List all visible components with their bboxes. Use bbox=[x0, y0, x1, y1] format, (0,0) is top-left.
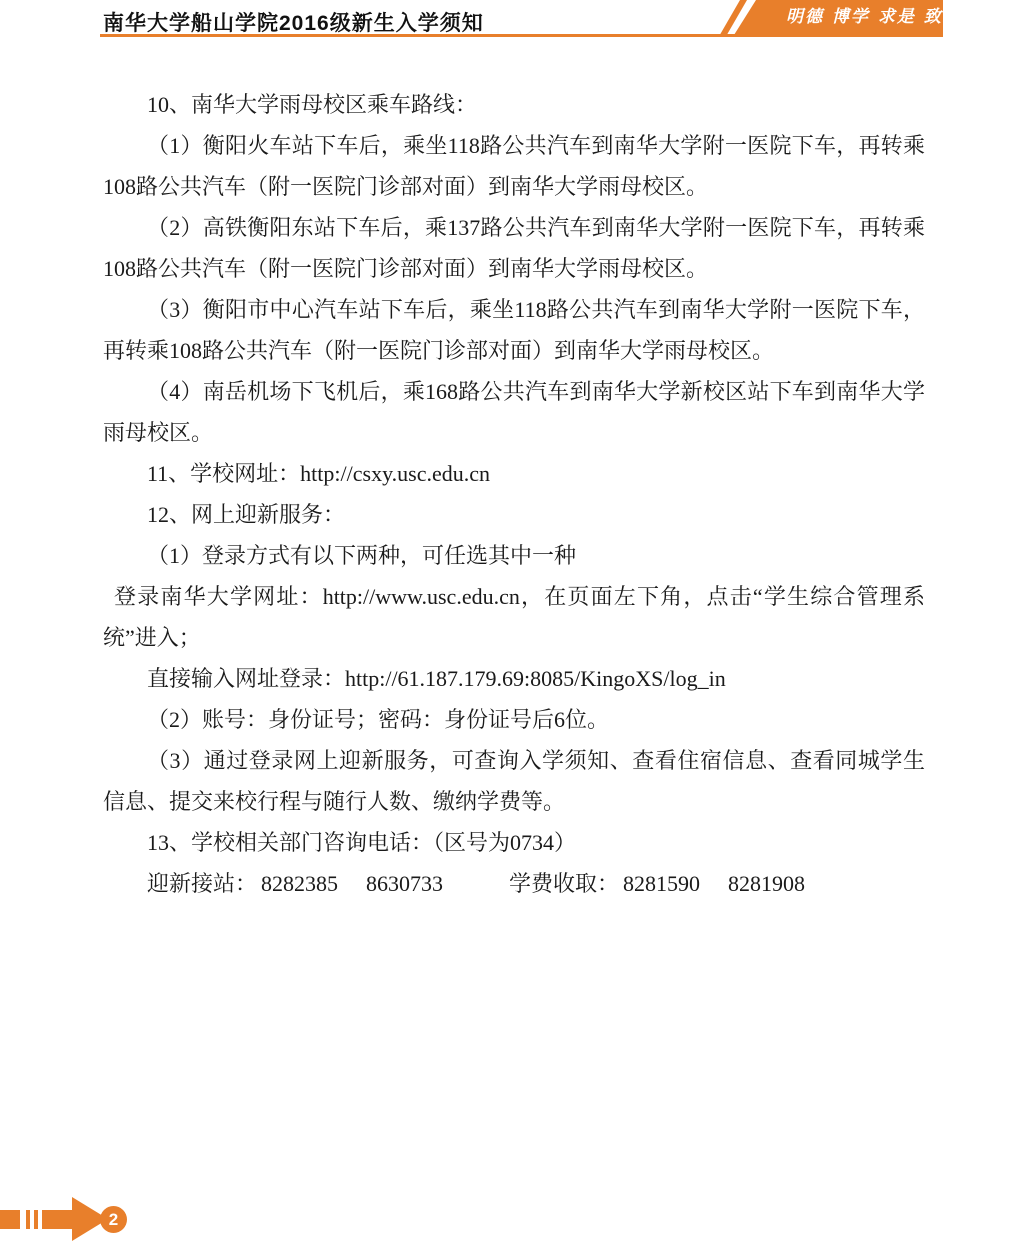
station-phone-2: 8630733 bbox=[366, 871, 443, 896]
phone-line: 迎新接站：82823858630733学费收取：82815908281908 bbox=[103, 863, 925, 904]
motto-banner: 明德 博学 求是 致远 bbox=[734, 0, 943, 35]
bus-route-1: （1）衡阳火车站下车后，乘坐118路公共汽车到南华大学附一医院下车，再转乘108… bbox=[103, 125, 925, 207]
page-title: 南华大学船山学院2016级新生入学须知 bbox=[103, 7, 484, 37]
section-11-school-website: 11、学校网址：http://csxy.usc.edu.cn bbox=[103, 453, 925, 494]
document-body: 10、南华大学雨母校区乘车路线： （1）衡阳火车站下车后，乘坐118路公共汽车到… bbox=[103, 84, 925, 904]
page-number-badge: 2 bbox=[100, 1206, 127, 1233]
tuition-label: 学费收取： bbox=[509, 871, 619, 896]
bus-route-3: （3）衡阳市中心汽车站下车后，乘坐118路公共汽车到南华大学附一医院下车，再转乘… bbox=[103, 289, 925, 371]
account-password-info: （2）账号：身份证号；密码：身份证号后6位。 bbox=[103, 699, 925, 740]
station-phone-1: 8282385 bbox=[261, 871, 338, 896]
station-pickup-label: 迎新接站： bbox=[147, 871, 257, 896]
tuition-phone-2: 8281908 bbox=[728, 871, 805, 896]
footer-arrow-block bbox=[0, 1210, 20, 1229]
bus-route-2: （2）高铁衡阳东站下车后，乘137路公共汽车到南华大学附一医院下车，再转乘108… bbox=[103, 207, 925, 289]
section-12-heading: 12、网上迎新服务： bbox=[103, 494, 925, 535]
tuition-phone-1: 8281590 bbox=[623, 871, 700, 896]
online-service-features: （3）通过登录网上迎新服务，可查询入学须知、查看住宿信息、查看同城学生信息、提交… bbox=[103, 740, 925, 822]
footer-arrow-stem bbox=[42, 1210, 75, 1229]
footer-arrow-stripe-2 bbox=[34, 1210, 38, 1229]
login-method-direct-url: 直接输入网址登录：http://61.187.179.69:8085/Kingo… bbox=[103, 658, 925, 699]
section-10-heading: 10、南华大学雨母校区乘车路线： bbox=[103, 84, 925, 125]
section-13-phone-heading: 13、学校相关部门咨询电话：（区号为0734） bbox=[103, 822, 925, 863]
document-page: 南华大学船山学院2016级新生入学须知 明德 博学 求是 致远 10、南华大学雨… bbox=[0, 0, 1028, 1245]
footer-arrow-stripe-1 bbox=[26, 1210, 30, 1229]
login-methods-intro: （1）登录方式有以下两种，可任选其中一种 bbox=[103, 535, 925, 576]
login-method-portal: 登录南华大学网址：http://www.usc.edu.cn，在页面左下角，点击… bbox=[103, 576, 925, 658]
bus-route-4: （4）南岳机场下飞机后，乘168路公共汽车到南华大学新校区站下车到南华大学雨母校… bbox=[103, 371, 925, 453]
school-motto: 明德 博学 求是 致远 bbox=[734, 0, 943, 35]
